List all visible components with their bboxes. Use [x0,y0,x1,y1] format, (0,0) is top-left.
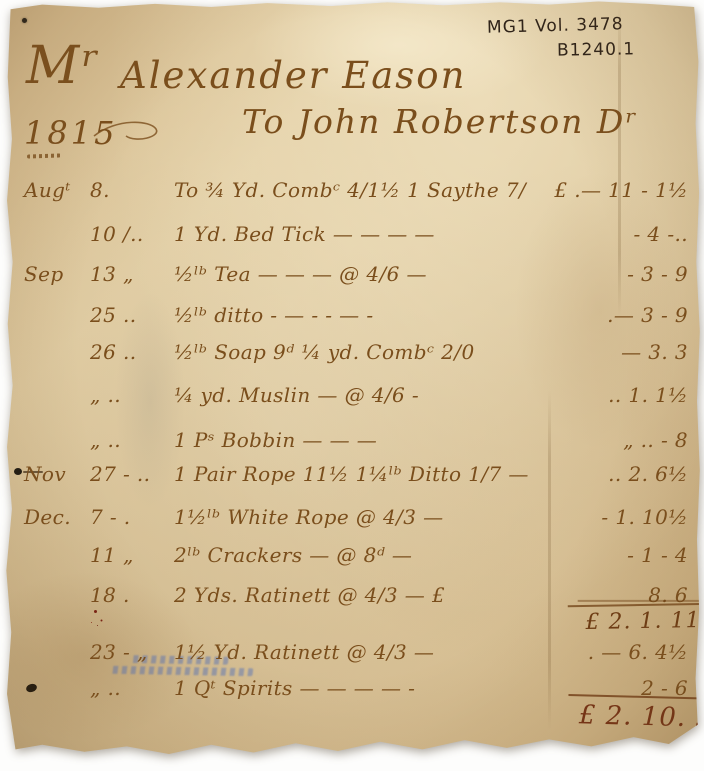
entry-description: ½ˡᵇ Soap 9ᵈ ¼ yd. Combᶜ 2/0 [174,340,538,364]
entry-amount: „ .. - 8 [538,428,694,452]
paper-shadow-wrap: MG1 Vol. 3478 B1240.1 Mʳ Alexander Eason… [0,0,704,771]
entry-month [24,340,90,364]
entry-description: ¼ yd. Muslin — @ 4/6 - [174,383,538,407]
entry-description: ½ˡᵇ ditto - — - - — - [174,303,538,327]
ledger-row: 26 .. ½ˡᵇ Soap 9ᵈ ¼ yd. Combᶜ 2/0 — 3. 3 [24,340,694,364]
total-amount: £ 2. 10. 9 [568,694,704,734]
entry-amount: - 4 -.. [538,222,694,246]
entry-amount: - 3 - 9 [538,262,694,286]
entry-description: 1½ˡᵇ White Rope @ 4/3 — [174,505,538,529]
manuscript-scan: MG1 Vol. 3478 B1240.1 Mʳ Alexander Eason… [0,0,704,771]
entry-amount: £ .— 11 - 1½ [538,178,694,202]
archive-reference-item: B1240.1 [557,39,635,60]
archive-reference-volume: MG1 Vol. 3478 [487,14,624,38]
entry-day: 7 - . [90,505,174,529]
entry-day: 13 „ [90,262,174,286]
entry-day: 27 - .. [90,462,174,486]
entry-description: 1 Pˢ Bobbin — — — [174,428,538,452]
ledger-row: „ .. ¼ yd. Muslin — @ 4/6 - .. 1. 1½ [24,383,694,407]
ledger-row: Sep 13 „ ½ˡᵇ Tea — — — @ 4/6 — - 3 - 9 [24,262,694,286]
ledger-row: 10 /.. 1 Yd. Bed Tick — — — — - 4 -.. [24,222,694,246]
ledger-row: „ .. 1 Pˢ Bobbin — — — „ .. - 8 [24,428,694,452]
entry-amount: . — 6. 4½ [538,640,694,664]
entry-month: Augᵗ [24,178,90,202]
ink-dot-nov [14,468,22,475]
ledger-row: Augᵗ 8. To ¾ Yd. Combᶜ 4/1½ 1 Saythe 7/ … [24,178,694,202]
pinhole-dot [22,18,27,23]
entry-description: 1 Pair Rope 11½ 1¼ˡᵇ Ditto 1/7 — [174,462,538,486]
year-underline [27,153,61,158]
salutation: Mʳ [26,36,101,96]
entry-day: „ .. [90,383,174,407]
entry-month [24,543,90,567]
ledger-entries: Augᵗ 8. To ¾ Yd. Combᶜ 4/1½ 1 Saythe 7/ … [24,170,694,750]
ledger-row: 11 „ 2ˡᵇ Crackers — @ 8ᵈ — - 1 - 4 [24,543,694,567]
entry-month: Sep [24,262,90,286]
entry-day: 26 .. [90,340,174,364]
creditor-line: To John Robertson Dʳ [242,102,639,141]
entry-month [24,303,90,327]
entry-description: 2ˡᵇ Crackers — @ 8ᵈ — [174,543,538,567]
debtor-name: Alexander Eason [120,54,466,97]
entry-amount: — 3. 3 [538,340,694,364]
entry-month [24,428,90,452]
entry-amount: .. 2. 6½ [538,462,694,486]
ledger-row: 23 - „ 1½ Yd. Ratinett @ 4/3 — . — 6. 4½ [24,640,694,664]
entry-amount: .. 1. 1½ [538,383,694,407]
entry-day: 8. [90,178,174,202]
entry-day: 18 . [90,583,174,607]
entry-day: 10 /.. [90,222,174,246]
entry-month [24,676,90,700]
ledger-row: Dec. 7 - . 1½ˡᵇ White Rope @ 4/3 — - 1. … [24,505,694,529]
ledger-row: Nov 27 - .. 1 Pair Rope 11½ 1¼ˡᵇ Ditto 1… [24,462,694,486]
entry-day: 25 .. [90,303,174,327]
entry-day: 11 „ [90,543,174,567]
entry-day: 23 - „ [90,640,174,664]
entry-day: „ .. [90,676,174,700]
year-flourish [92,116,164,148]
entry-month [24,583,90,607]
entry-amount: - 1 - 4 [538,543,694,567]
subtotal-amount: £ 2. 1. 11 [568,603,704,636]
entry-description: ½ˡᵇ Tea — — — @ 4/6 — [174,262,538,286]
entry-description: 2 Yds. Ratinett @ 4/3 — £ [174,583,538,607]
entry-month [24,383,90,407]
entry-month: Nov [24,462,90,486]
entry-amount: .— 3 - 9 [538,303,694,327]
ledger-row: 25 .. ½ˡᵇ ditto - — - - — - .— 3 - 9 [24,303,694,327]
entry-description: 1 Yd. Bed Tick — — — — [174,222,538,246]
entry-month: Dec. [24,505,90,529]
ledger-row: 18 . 2 Yds. Ratinett @ 4/3 — £ 8. 6 [24,583,694,607]
entry-description: 1 Qᵗ Spirits — — — — - [174,676,538,700]
entry-day: „ .. [90,428,174,452]
entry-amount: - 1. 10½ [538,505,694,529]
paper-sheet: MG1 Vol. 3478 B1240.1 Mʳ Alexander Eason… [0,0,704,771]
entry-month [24,640,90,664]
entry-description: 1½ Yd. Ratinett @ 4/3 — [174,640,538,664]
entry-description: To ¾ Yd. Combᶜ 4/1½ 1 Saythe 7/ [174,178,538,202]
entry-month [24,222,90,246]
